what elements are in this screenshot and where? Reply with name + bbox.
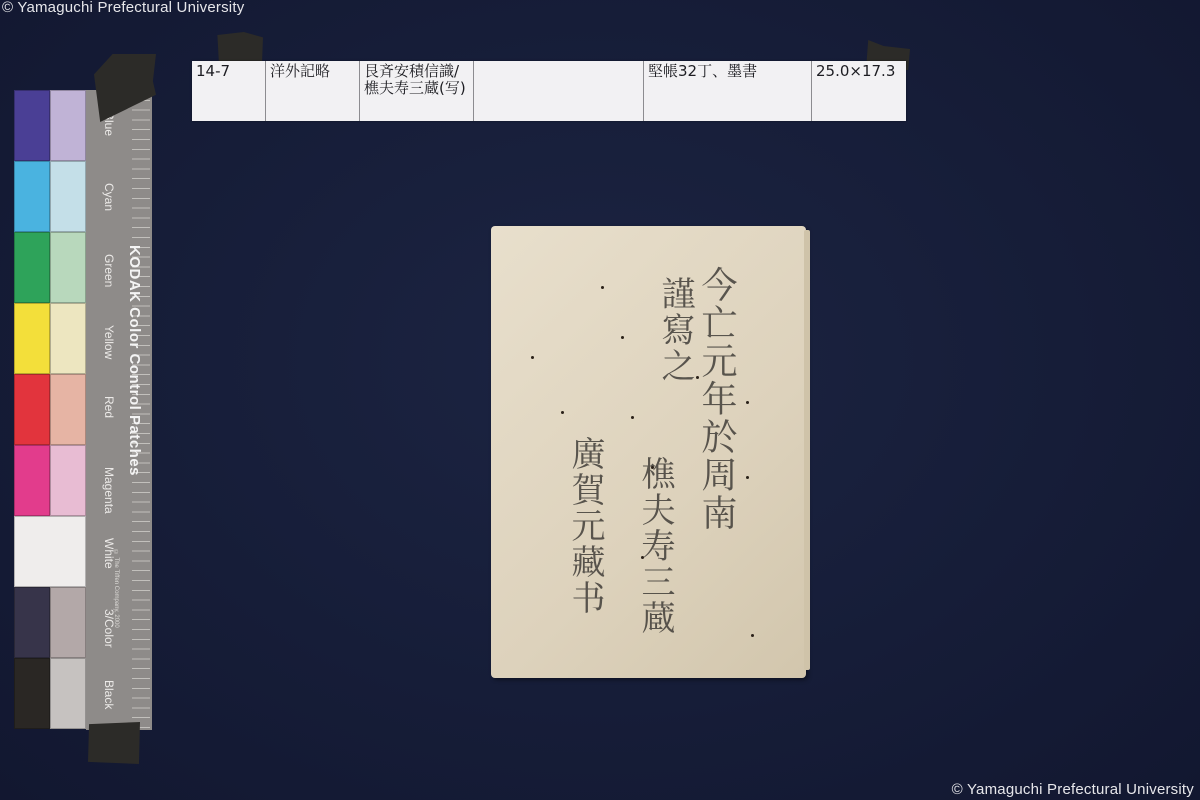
catalog-title: 洋外記略	[266, 61, 360, 121]
catalog-size: 25.0×17.3	[812, 61, 906, 121]
patch-blue	[14, 90, 86, 161]
patch-label: Black	[102, 680, 116, 709]
patch-magenta	[14, 445, 86, 516]
catalog-id: 14-7	[192, 61, 266, 121]
booklet-cover: 今亡元年於周南 謹寫之 樵夫寿三蔵 廣賀元藏书	[491, 226, 806, 678]
copyright-watermark-bottom: © Yamaguchi Prefectural University	[952, 781, 1194, 798]
chart-copyright: © The Tiffen Company, 2000	[113, 550, 119, 628]
cover-inscription: 謹寫之	[651, 276, 700, 384]
patch-label: Red	[102, 396, 116, 418]
catalog-format: 堅帳32丁、墨書	[644, 61, 812, 121]
patch-cyan	[14, 161, 86, 232]
copyright-watermark-top: © Yamaguchi Prefectural University	[2, 0, 244, 16]
catalog-author: 艮斉安積信識/樵夫寿三蔵(写)	[360, 61, 474, 121]
patch-green	[14, 232, 86, 303]
patch-white	[14, 516, 86, 587]
cover-inscription: 樵夫寿三蔵	[631, 456, 680, 636]
patch-black	[14, 658, 86, 729]
catalog-blank	[474, 61, 644, 121]
color-chart	[14, 90, 86, 730]
patch-label: Magenta	[102, 467, 116, 514]
patch-red	[14, 374, 86, 445]
patch-label: Green	[102, 254, 116, 287]
chart-title: KODAK Color Control Patches	[126, 245, 143, 476]
patch-yellow	[14, 303, 86, 374]
patch-label: Yellow	[102, 325, 116, 359]
catalog-label: 14-7 洋外記略 艮斉安積信識/樵夫寿三蔵(写) 堅帳32丁、墨書 25.0×…	[192, 61, 906, 121]
tape-piece	[215, 32, 263, 62]
patch-3color	[14, 587, 86, 658]
patch-label: Cyan	[102, 183, 116, 211]
cover-inscription: 廣賀元藏书	[561, 436, 610, 616]
booklet-edge	[804, 230, 810, 670]
tape-piece	[88, 722, 140, 764]
kodak-ruler: Blue Cyan Green Yellow Red Magenta White…	[86, 90, 152, 730]
